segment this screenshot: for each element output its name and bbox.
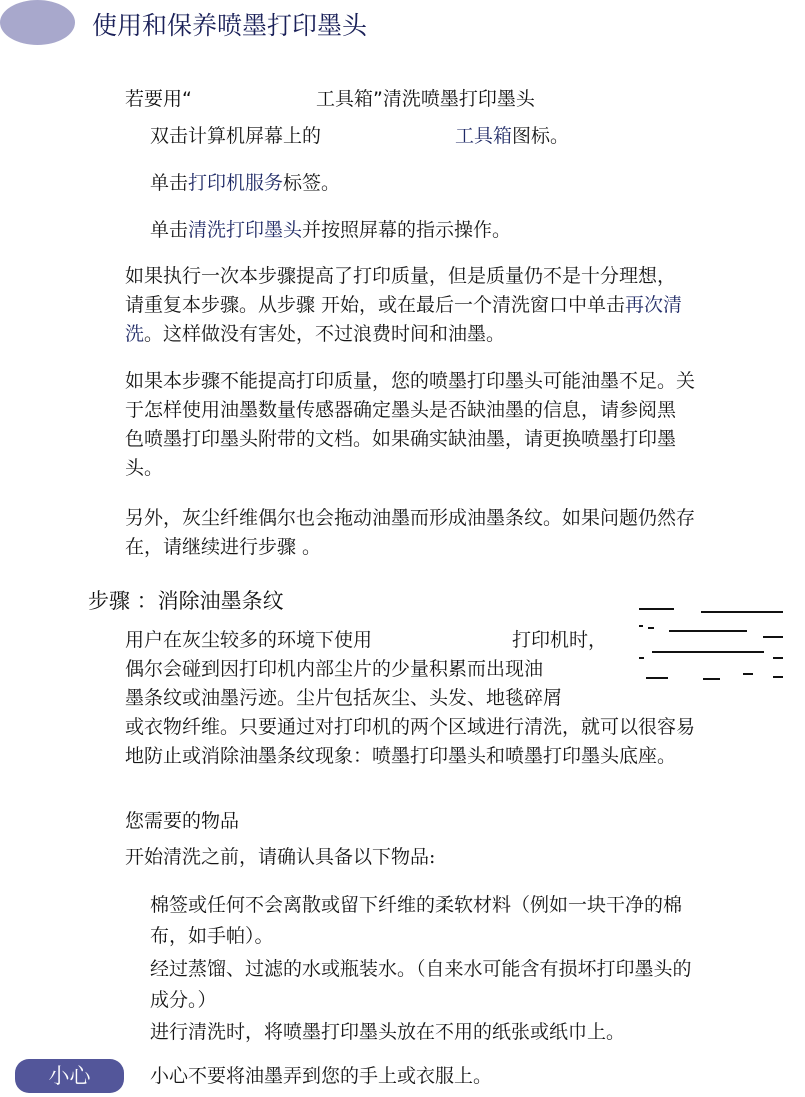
caution-badge: 小心 [15,1059,124,1093]
clean-again-link[interactable]: 再次清 [625,294,682,316]
intro-line-4: 或衣物纤维。只要通过对打印机的两个区域进行清洗，就可以很容易 [125,713,695,742]
supply-item-2-line-2: 成分。） [150,986,217,1015]
streak-line [648,627,654,629]
supply-item-1-line-1: 棉签或任何不会离散或留下纤维的柔软材料（例如一块干净的棉 [150,891,682,920]
step-text: 图标。 [512,125,569,147]
streak-line [773,657,783,659]
section-heading: 步骤 ：消除油墨条纹 [88,585,284,615]
clean-again-link-cont[interactable]: 洗 [125,323,144,345]
para-text: 请重复本步骤。从步骤 开始，或在最后一个清洗窗口中单击 [125,294,625,316]
streak-line [773,676,783,678]
repeat-para-line-1: 如果执行一次本步骤提高了打印质量，但是质量仍不是十分理想， [125,262,676,291]
streaks-line-1: 另外，灰尘纤维偶尔也会拖动油墨而形成油墨条纹。如果问题仍然存 [125,504,695,533]
streak-line [669,630,747,632]
toolbox-heading-prefix: 若要用“ [125,84,192,111]
supply-item-2-line-1: 经过蒸馏、过滤的水或瓶装水。（自来水可能含有损坏打印墨头的 [150,955,692,984]
supply-item-1-line-2: 布，如手帕）。 [150,922,274,951]
streak-line [639,608,674,610]
streak-line [701,611,783,613]
streak-line [639,625,643,627]
toolbox-link[interactable]: 工具箱 [455,125,512,147]
low-ink-line-3: 色喷墨打印墨头附带的文档。如果确实缺油墨，请更换喷墨打印墨 [125,425,676,454]
intro-line-5: 地防止或消除油墨条纹现象：喷墨打印墨头和喷墨打印墨头底座。 [125,742,676,771]
step-text: 标签。 [283,172,340,194]
streak-line [646,677,668,679]
step-text: 单击 [150,219,188,241]
streak-line [763,636,783,638]
caution-text: 小心不要将油墨弄到您的手上或衣服上。 [150,1062,492,1091]
supplies-intro: 开始清洗之前，请确认具备以下物品: [125,843,435,872]
streaks-line-2: 在，请继续进行步骤 。 [125,533,321,562]
low-ink-line-4: 头。 [125,454,163,483]
step-text: 并按照屏幕的指示操作。 [302,219,511,241]
step-text: 双击计算机屏幕上的 [150,125,321,147]
streak-line [743,673,753,675]
clean-printhead-link[interactable]: 清洗打印墨头 [188,219,302,241]
header-oval-decoration [0,0,75,45]
toolbox-step-2: 单击打印机服务标签。 [150,169,340,198]
supplies-heading: 您需要的物品 [125,806,239,833]
intro-line-1b: 打印机时， [512,626,607,655]
intro-line-2: 偶尔会碰到因打印机内部尘片的少量积累而出现油 [125,655,543,684]
printer-services-link[interactable]: 打印机服务 [188,172,283,194]
streak-line [639,657,644,659]
toolbox-step-3: 单击清洗打印墨头并按照屏幕的指示操作。 [150,216,511,245]
low-ink-line-2: 于怎样使用油墨数量传感器确定墨头是否缺油墨的信息，请参阅黑 [125,396,676,425]
repeat-para-line-2: 请重复本步骤。从步骤 开始，或在最后一个清洗窗口中单击再次清 [125,291,682,320]
streak-line [703,678,720,680]
step-text: 单击 [150,172,188,194]
toolbox-step-1-tail: 工具箱图标。 [455,122,569,151]
para-text: 。这样做没有害处，不过浪费时间和油墨。 [144,323,505,345]
toolbox-step-1: 双击计算机屏幕上的 [150,122,321,151]
supply-item-3-line-1: 进行清洗时，将喷墨打印墨头放在不用的纸张或纸巾上。 [150,1018,625,1047]
streak-line [652,651,764,653]
intro-line-3: 墨条纹或油墨污迹。尘片包括灰尘、头发、地毯碎屑 [125,684,562,713]
low-ink-line-1: 如果本步骤不能提高打印质量，您的喷墨打印墨头可能油墨不足。关 [125,367,695,396]
page-title: 使用和保养喷墨打印墨头 [92,6,367,42]
intro-line-1a: 用户在灰尘较多的环境下使用 [125,626,372,655]
toolbox-heading-suffix: 工具箱”清洗喷墨打印墨头 [316,84,535,111]
repeat-para-line-3: 洗。这样做没有害处，不过浪费时间和油墨。 [125,320,505,349]
